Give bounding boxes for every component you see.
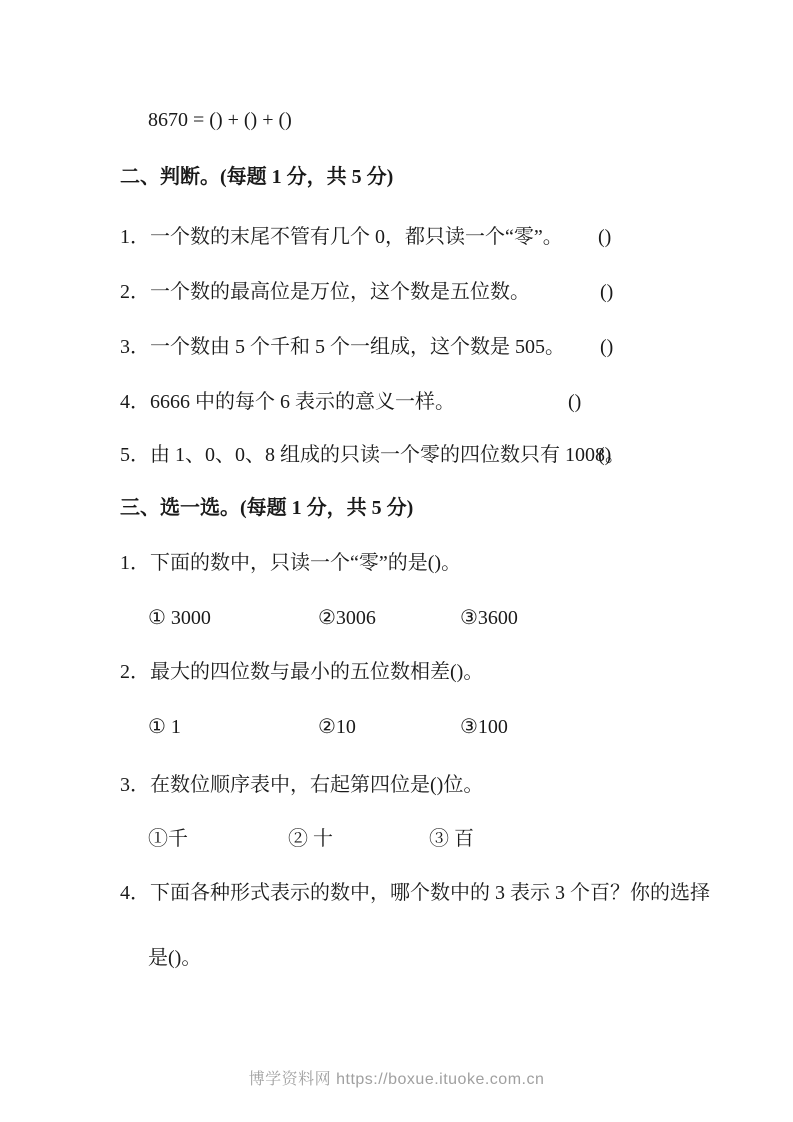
choice-question-4-text-line1: 4．下面各种形式表示的数中，哪个数中的 3 表示 3 个百？你的选择: [120, 883, 710, 903]
judge-question-5-answer-blank: (): [598, 445, 611, 465]
judge-question-2-answer-blank: (): [600, 282, 613, 302]
choice-question-3-option-2: ② 十: [288, 829, 333, 849]
footer-watermark: 博学资料网 https://boxue.ituoke.com.cn: [0, 1072, 793, 1088]
choice-question-4-text-line2: 是()。: [148, 948, 201, 968]
judge-question-1-text: 1．一个数的末尾不管有几个 0，都只读一个“零”。: [120, 226, 563, 248]
judge-question-3-text: 3．一个数由 5 个千和 5 个一组成，这个数是 505。: [120, 336, 565, 358]
footer-site-name: 博学资料网: [249, 1071, 332, 1088]
judge-question-2-text: 2．一个数的最高位是万位，这个数是五位数。: [120, 281, 530, 303]
choice-question-1-option-3: ③3600: [460, 608, 518, 628]
choice-question-3-option-1: ①千: [148, 829, 188, 849]
judge-question-3: 3．一个数由 5 个千和 5 个一组成，这个数是 505。: [120, 337, 565, 357]
choice-question-2-option-2: ②10: [318, 717, 356, 737]
judge-question-1: 1．一个数的末尾不管有几个 0，都只读一个“零”。: [120, 227, 563, 247]
choice-question-3-option-3: ③ 百: [429, 829, 474, 849]
section-judge-title: 二、判断。(每题 1 分，共 5 分): [120, 167, 393, 187]
choice-question-1-option-2: ②3006: [318, 608, 376, 628]
choice-question-2-option-1: ① 1: [148, 717, 181, 737]
judge-question-5: 5．由 1、0、0、8 组成的只读一个零的四位数只有 1008。: [120, 445, 625, 465]
intro-formula: 8670 = () + () + (): [148, 110, 292, 130]
choice-question-2-text: 2．最大的四位数与最小的五位数相差()。: [120, 662, 483, 682]
choice-question-2-option-3: ③100: [460, 717, 508, 737]
choice-question-3-text: 3．在数位顺序表中，右起第四位是()位。: [120, 775, 483, 795]
judge-question-3-answer-blank: (): [600, 337, 613, 357]
judge-question-5-text: 5．由 1、0、0、8 组成的只读一个零的四位数只有 1008。: [120, 444, 625, 466]
judge-question-4-text: 4．6666 中的每个 6 表示的意义一样。: [120, 391, 455, 413]
judge-question-1-answer-blank: (): [598, 227, 611, 247]
judge-question-4-answer-blank: (): [568, 392, 581, 412]
judge-question-4: 4．6666 中的每个 6 表示的意义一样。: [120, 392, 455, 412]
choice-question-1-text: 1．下面的数中，只读一个“零”的是()。: [120, 553, 461, 573]
section-choice-title: 三、选一选。(每题 1 分，共 5 分): [120, 498, 413, 518]
judge-question-2: 2．一个数的最高位是万位，这个数是五位数。: [120, 282, 530, 302]
choice-question-1-option-1: ① 3000: [148, 608, 211, 628]
test-paper-page: 8670 = () + () + () 二、判断。(每题 1 分，共 5 分) …: [0, 0, 793, 1122]
footer-url: https://boxue.ituoke.com.cn: [336, 1071, 544, 1088]
